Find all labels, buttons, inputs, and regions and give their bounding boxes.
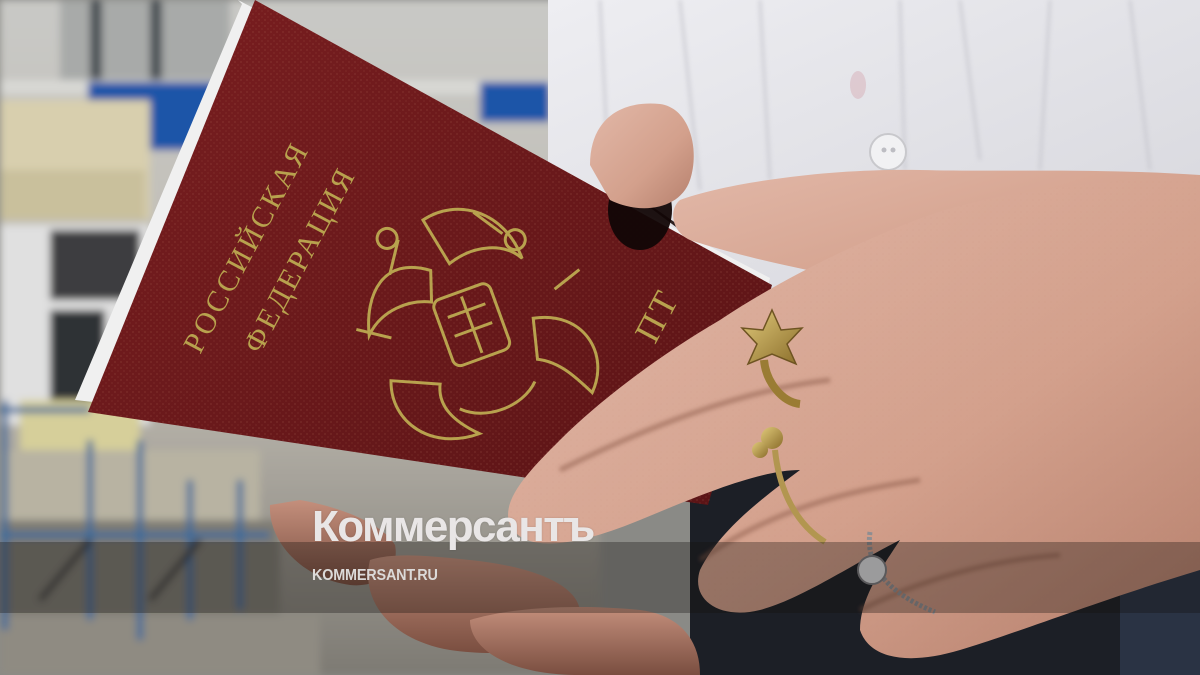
photo-scene: РОССИЙСКАЯ ФЕДЕРАЦИЯ ПТ [0,0,1200,675]
brand-logo-text: Коммерсантъ [312,505,594,549]
watermark-band [0,542,1200,613]
site-url-text: KOMMERSANT.RU [312,568,438,584]
shirt-button [870,134,906,170]
